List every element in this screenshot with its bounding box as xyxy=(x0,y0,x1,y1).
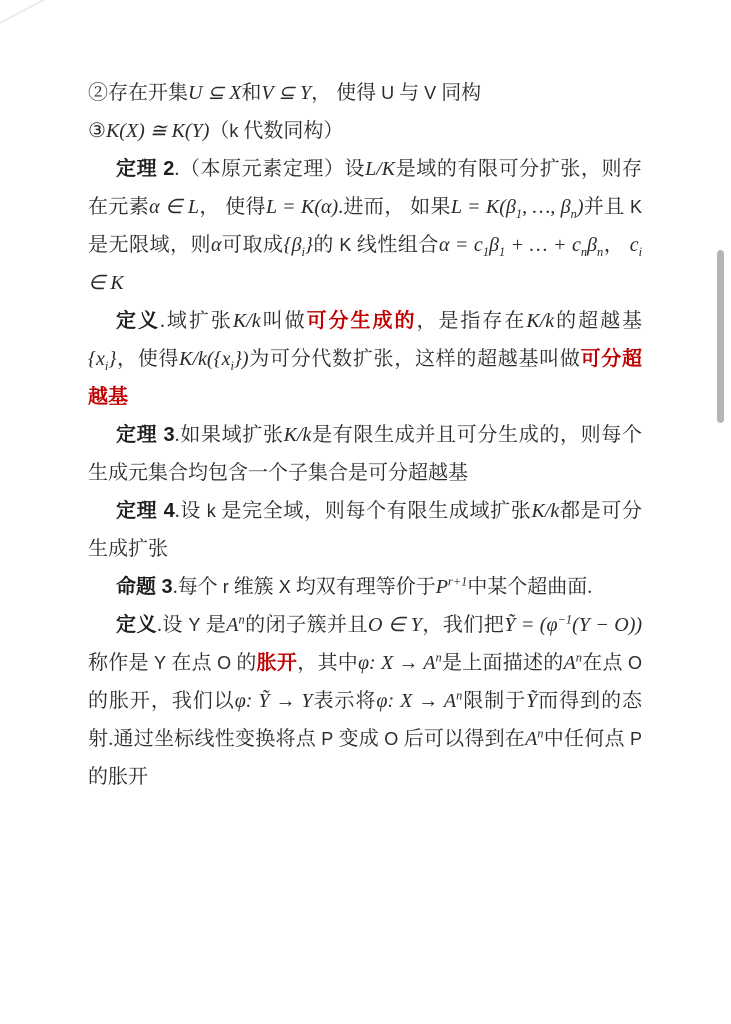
text-segment-cn: 与 xyxy=(394,82,424,104)
text-segment-math: K(X) ≅ K(Y) xyxy=(106,120,209,142)
paragraph: 命题 3.每个 r 维簇 X 均双有理等价于Pr+1中某个超曲面. xyxy=(88,568,642,606)
text-segment-sup: −1 xyxy=(558,612,573,626)
text-segment-latin: O xyxy=(217,653,231,673)
text-segment-math: φ: X → A xyxy=(358,652,436,674)
paragraph: 定理 3.如果域扩张K/k是有限生成并且可分生成的，则每个生成元集合均包含一个子… xyxy=(88,416,642,492)
text-segment-bold: 命题 3 xyxy=(116,576,173,598)
text-segment-cn: ③ xyxy=(88,120,106,142)
text-segment-latin: k xyxy=(229,121,238,141)
text-segment-cn: ， 使得 xyxy=(311,82,381,104)
text-segment-cn: 的胀开 xyxy=(88,766,148,788)
text-segment-math: P xyxy=(436,576,448,598)
text-segment-math: U ⊆ X xyxy=(188,82,241,104)
text-segment-math: {β xyxy=(284,234,302,256)
text-segment-cn: （ xyxy=(209,120,229,142)
text-segment-cn: 同构 xyxy=(436,82,481,104)
text-segment-math: Ỹ = (φ xyxy=(504,614,557,636)
paragraph: ③K(X) ≅ K(Y)（k 代数同构） xyxy=(88,112,642,150)
text-segment-math: }) xyxy=(234,348,249,370)
text-segment-math: α ∈ L xyxy=(149,196,199,218)
text-segment-latin: P xyxy=(321,729,333,749)
text-segment-cn: 的胀开，我们以 xyxy=(88,690,235,712)
text-segment-cn: 在点 xyxy=(582,652,628,674)
text-segment-math: α xyxy=(211,234,222,256)
text-segment-bold: 定义 xyxy=(116,310,160,332)
text-segment-math: β xyxy=(489,234,499,256)
page-crease-mark xyxy=(0,0,52,23)
paragraph: 定理 2.（本原元素定理）设L/K是域的有限可分扩张，则存在元素α ∈ L， 使… xyxy=(88,150,642,302)
text-segment-cn: 叫做 xyxy=(261,310,307,332)
text-segment-math: A xyxy=(226,614,238,636)
text-segment-latin: Y xyxy=(188,615,200,635)
scrollbar-thumb[interactable] xyxy=(717,250,724,423)
text-segment-bold: 定义 xyxy=(116,614,157,636)
text-segment-red: 胀开 xyxy=(257,652,298,674)
text-segment-latin: P xyxy=(630,729,642,749)
text-segment-latin: O xyxy=(628,653,642,673)
text-segment-cn: 和 xyxy=(241,82,261,104)
text-segment-cn: .进而， 如果 xyxy=(338,196,451,218)
text-segment-cn: 的 xyxy=(231,652,257,674)
text-segment-cn: .（本原元素定理）设 xyxy=(174,158,365,180)
text-segment-math: V ⊆ Y xyxy=(261,82,311,104)
text-segment-latin: U xyxy=(381,83,394,103)
text-segment-math: α = c xyxy=(439,234,483,256)
text-segment-math: ∈ K xyxy=(88,272,124,294)
text-segment-cn: 的超越基 xyxy=(554,310,642,332)
text-segment-cn: .设 xyxy=(175,500,207,522)
text-segment-math: (Y − O)) xyxy=(572,614,642,636)
text-segment-cn: 的 xyxy=(313,234,340,256)
text-segment-math: } xyxy=(305,234,313,256)
text-segment-math: K/k({x xyxy=(179,348,230,370)
text-segment-cn: 后可以得到在 xyxy=(398,728,525,750)
text-segment-math: Ỹ xyxy=(526,690,537,712)
text-segment-sup: r+1 xyxy=(448,574,467,588)
text-segment-math: , …, β xyxy=(522,196,571,218)
paragraph: ②存在开集U ⊆ X和V ⊆ Y， 使得 U 与 V 同构 xyxy=(88,74,642,112)
text-segment-cn: 维簇 xyxy=(229,576,279,598)
text-segment-math: A xyxy=(525,728,537,750)
text-segment-cn: 表示将 xyxy=(313,690,377,712)
text-segment-cn: 为可分代数扩张，这样的超越基叫做 xyxy=(249,348,581,370)
text-segment-math: {x xyxy=(88,348,105,370)
text-segment-cn: .每个 xyxy=(173,576,223,598)
text-segment-cn: 线性组合 xyxy=(351,234,439,256)
text-segment-cn: 称作是 xyxy=(88,652,154,674)
paragraph: 定义.设 Y 是An的闭子簇并且O ∈ Y，我们把Ỹ = (φ−1(Y − O)… xyxy=(88,606,642,796)
text-segment-math: K/k xyxy=(526,310,554,332)
text-segment-cn: .域扩张 xyxy=(160,310,233,332)
text-segment-cn: 限制于 xyxy=(462,690,526,712)
text-segment-cn: 并且 xyxy=(583,196,630,218)
text-segment-cn: ， 使得 xyxy=(199,196,266,218)
text-segment-cn: 是完全域，则每个有限生成域扩张 xyxy=(216,500,532,522)
document-content: ②存在开集U ⊆ X和V ⊆ Y， 使得 U 与 V 同构③K(X) ≅ K(Y… xyxy=(88,74,642,796)
paragraph: 定义.域扩张K/k叫做可分生成的，是指存在K/k的超越基{xi}，使得K/k({… xyxy=(88,302,642,416)
text-segment-red: 可分生成的 xyxy=(307,310,417,332)
text-segment-cn: ， xyxy=(603,234,624,256)
text-segment-latin: K xyxy=(339,235,351,255)
text-segment-cn: 是上面描述的 xyxy=(442,652,564,674)
text-segment-latin: K xyxy=(630,197,642,217)
text-segment-math: φ: X → A xyxy=(376,690,456,712)
text-segment-math: O ∈ Y xyxy=(368,614,422,636)
text-segment-latin: O xyxy=(384,729,398,749)
text-segment-math: K/k xyxy=(233,310,261,332)
text-segment-math: + … + c xyxy=(505,234,581,256)
text-segment-math: L = K(β xyxy=(451,196,516,218)
text-segment-latin: X xyxy=(279,577,291,597)
text-segment-cn: 中任何点 xyxy=(544,728,631,750)
text-segment-math: L/K xyxy=(365,158,395,180)
paragraph: 定理 4.设 k 是完全域，则每个有限生成域扩张K/k都是可分生成扩张 xyxy=(88,492,642,568)
text-segment-math: K/k xyxy=(284,424,312,446)
text-segment-cn: 均双有理等价于 xyxy=(291,576,436,598)
text-segment-latin: V xyxy=(424,83,436,103)
document-page: ②存在开集U ⊆ X和V ⊆ Y， 使得 U 与 V 同构③K(X) ≅ K(Y… xyxy=(0,0,731,1024)
text-segment-cn: ②存在开集 xyxy=(88,82,188,104)
text-segment-cn: 是 xyxy=(200,614,226,636)
text-segment-sub: i xyxy=(639,245,642,259)
text-segment-math: β xyxy=(587,234,597,256)
text-segment-cn: ，使得 xyxy=(116,348,179,370)
text-segment-latin: k xyxy=(207,501,216,521)
text-segment-cn: 的闭子簇并且 xyxy=(245,614,368,636)
text-segment-bold: 定理 2 xyxy=(116,158,174,180)
text-segment-bold: 定理 4 xyxy=(116,500,175,522)
text-segment-cn: 中某个超曲面. xyxy=(467,576,592,598)
text-segment-cn: 是无限域，则 xyxy=(88,234,211,256)
text-segment-latin: Y xyxy=(154,653,166,673)
text-segment-math: A xyxy=(564,652,576,674)
text-segment-cn: .如果域扩张 xyxy=(175,424,284,446)
text-segment-cn: 在点 xyxy=(166,652,217,674)
text-segment-math: L = K(α) xyxy=(266,196,338,218)
text-segment-bold: 定理 3 xyxy=(116,424,175,446)
text-segment-cn: 代数同构） xyxy=(238,120,343,142)
text-segment-cn: ，我们把 xyxy=(422,614,504,636)
text-segment-cn: ，其中 xyxy=(297,652,358,674)
text-segment-math: φ: Ỹ → Y xyxy=(235,690,313,712)
text-segment-cn: .设 xyxy=(157,614,188,636)
text-segment-cn: 变成 xyxy=(333,728,384,750)
text-segment-math: c xyxy=(624,234,638,256)
text-segment-cn: 可取成 xyxy=(222,234,284,256)
text-segment-math: K/k xyxy=(532,500,560,522)
text-segment-cn: ，是指存在 xyxy=(416,310,526,332)
